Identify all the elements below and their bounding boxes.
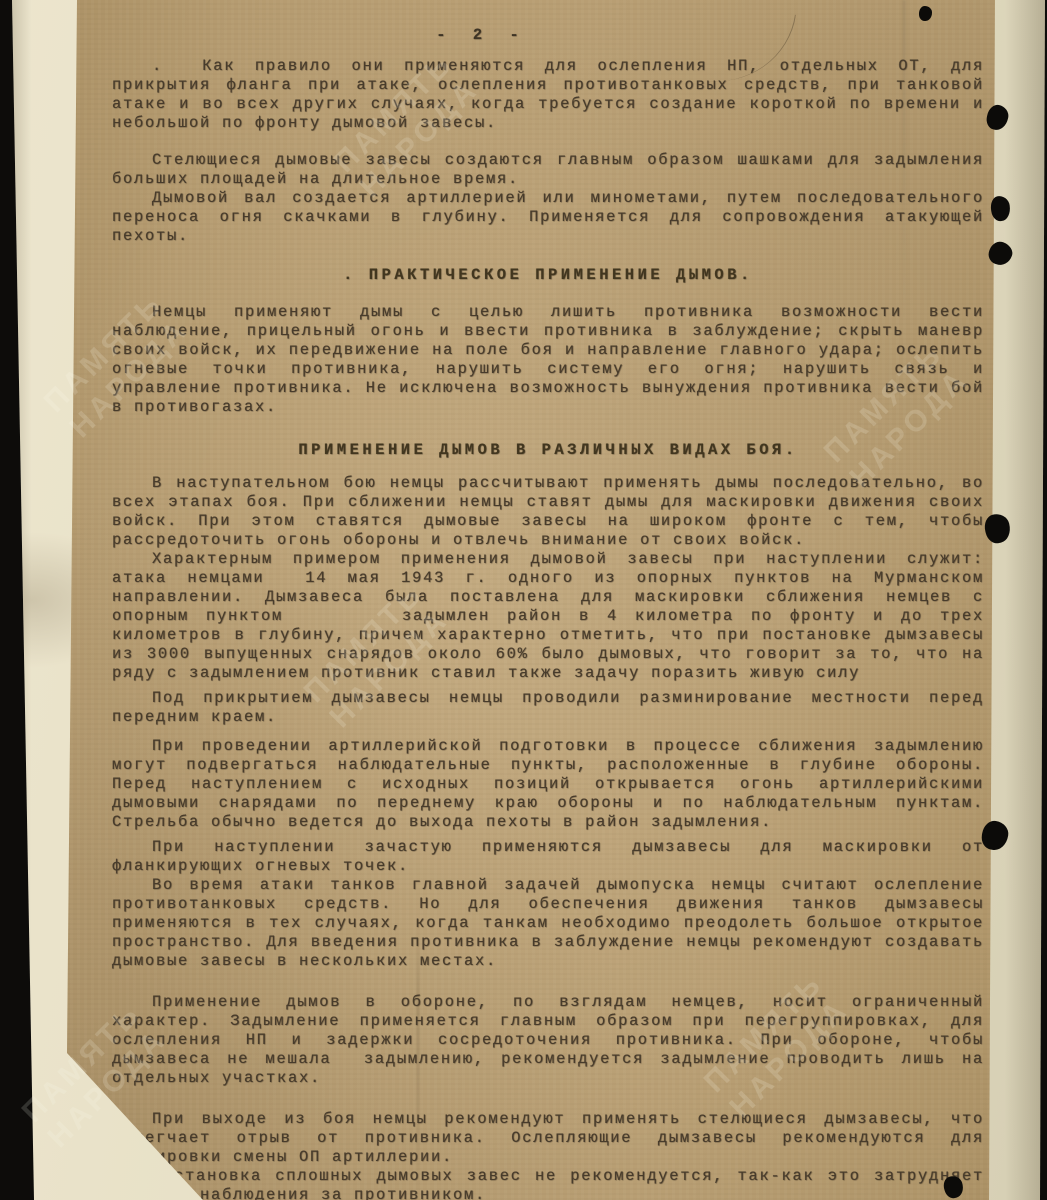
paragraph: Во время атаки танков главной задачей ды… xyxy=(112,876,984,971)
paragraph: Дымовой вал создается артиллерией или ми… xyxy=(112,189,984,246)
text-column: - 2 - . Как правило они применяются для … xyxy=(112,22,984,1200)
scanned-document: - 2 - . Как правило они применяются для … xyxy=(0,0,1047,1200)
document-page: - 2 - . Как правило они применяются для … xyxy=(0,0,1047,1200)
paragraph: Характерным примером применения дымовой … xyxy=(112,550,984,683)
paragraph: При проведении артиллерийской подготовки… xyxy=(112,737,984,832)
paragraph: При выходе из боя немцы рекомендуют прим… xyxy=(112,1110,984,1167)
page-number: - 2 - xyxy=(46,26,918,45)
paragraph: . Как правило они применяются для ослепл… xyxy=(112,57,984,133)
paragraph: В наступательном бою немцы рассчитывают … xyxy=(112,474,984,550)
paragraph: Применение дымов в обороне, по взглядам … xyxy=(112,993,984,1088)
paragraph: При наступлении зачастую применяются дым… xyxy=(112,838,984,876)
paragraph: Постановка сплошных дымовых завес не рек… xyxy=(112,1167,984,1200)
paragraph: Под прикрытием дымзавесы немцы проводили… xyxy=(112,689,984,727)
section-heading: ПРИМЕНЕНИЕ ДЫМОВ В РАЗЛИЧНЫХ ВИДАХ БОЯ. xyxy=(112,441,984,460)
paragraph: Немцы применяют дымы с целью лишить прот… xyxy=(112,303,984,417)
section-heading: . ПРАКТИЧЕСКОЕ ПРИМЕНЕНИЕ ДЫМОВ. xyxy=(112,266,984,285)
paragraph: Стелющиеся дымовые завесы создаются глав… xyxy=(112,151,984,189)
